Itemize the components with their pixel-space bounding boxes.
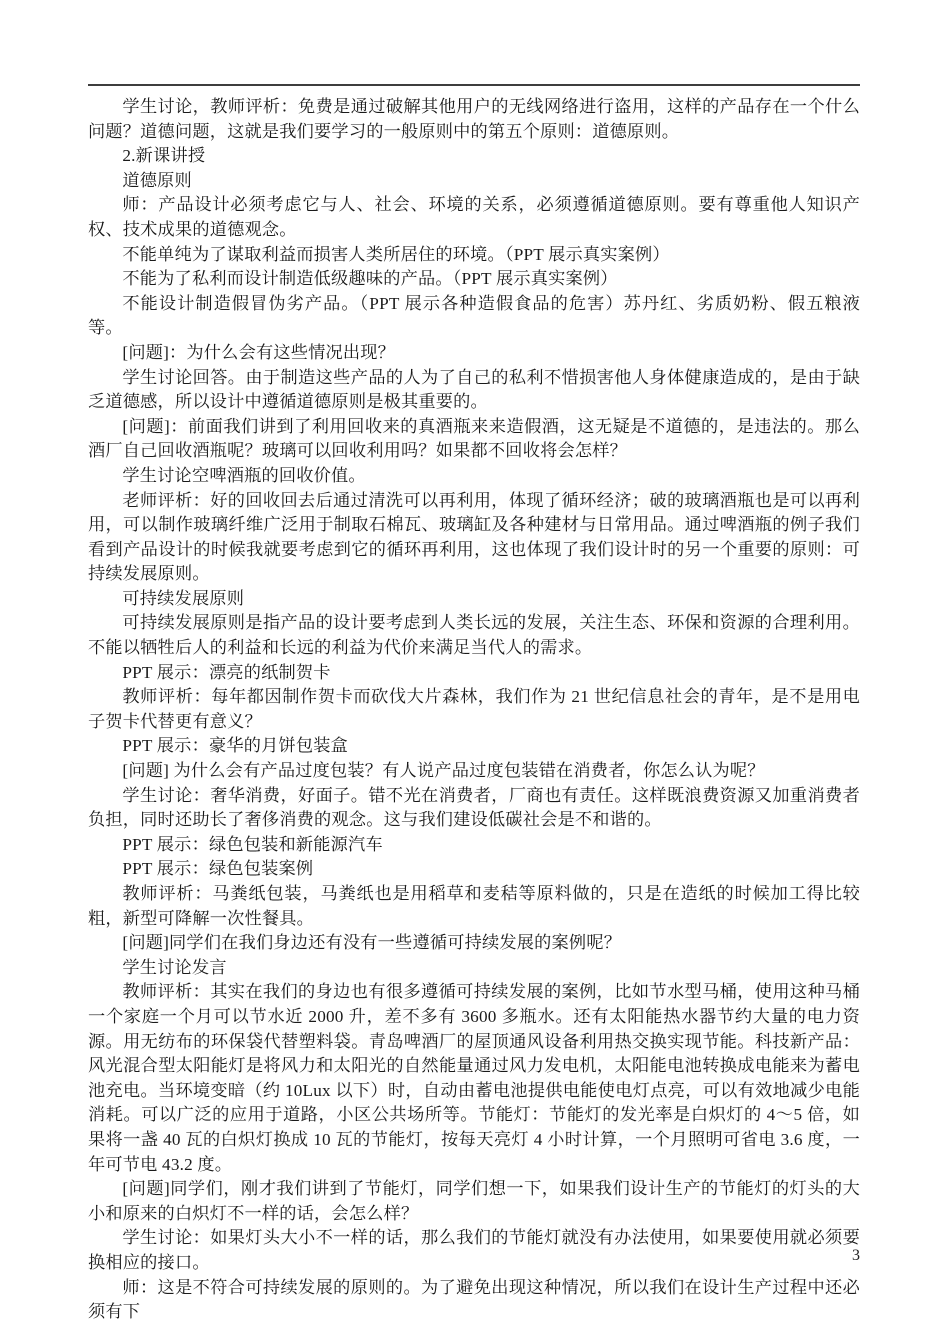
paragraph: PPT 展示：豪华的月饼包装盒 — [88, 734, 860, 759]
paragraph: 可持续发展原则是指产品的设计要考虑到人类长远的发展，关注生态、环保和资源的合理利… — [88, 611, 860, 660]
paragraph: 学生讨论：奢华消费，好面子。错不光在消费者，厂商也有责任。这样既浪费资源又加重消… — [88, 784, 860, 833]
paragraph: 教师评析：其实在我们的身边也有很多遵循可持续发展的案例，比如节水型马桶，使用这种… — [88, 980, 860, 1177]
paragraph: 教师评析：马粪纸包装，马粪纸也是用稻草和麦秸等原料做的，只是在造纸的时候加工得比… — [88, 882, 860, 931]
paragraph: [问题] 为什么会有产品过度包装？有人说产品过度包装错在消费者，你怎么认为呢？ — [88, 759, 860, 784]
paragraph: 学生讨论回答。由于制造这些产品的人为了自己的私利不惜损害他人身体健康造成的，是由… — [88, 366, 860, 415]
paragraph: 教师评析：每年都因制作贺卡而砍伐大片森林，我们作为 21 世纪信息社会的青年，是… — [88, 685, 860, 734]
paragraph: 师：产品设计必须考虑它与人、社会、环境的关系，必须遵循道德原则。要有尊重他人知识… — [88, 193, 860, 242]
page-number: 3 — [852, 1247, 860, 1264]
paragraph: 学生讨论，教师评析：免费是通过破解其他用户的无线网络进行盗用，这样的产品存在一个… — [88, 95, 860, 144]
header-rule — [88, 84, 860, 86]
paragraph: [问题]同学们，刚才我们讲到了节能灯，同学们想一下，如果我们设计生产的节能灯的灯… — [88, 1177, 860, 1226]
paragraph: PPT 展示：绿色包装案例 — [88, 857, 860, 882]
paragraph: 道德原则 — [88, 169, 860, 194]
paragraph: PPT 展示：漂亮的纸制贺卡 — [88, 661, 860, 686]
paragraph: 学生讨论发言 — [88, 956, 860, 981]
paragraph: 师：这是不符合可持续发展的原则的。为了避免出现这种情况，所以我们在设计生产过程中… — [88, 1276, 860, 1325]
paragraph: [问题]同学们在我们身边还有没有一些遵循可持续发展的案例呢？ — [88, 931, 860, 956]
paragraph: [问题]：前面我们讲到了利用回收来的真酒瓶来来造假酒，这无疑是不道德的，是违法的… — [88, 415, 860, 464]
paragraph: 2.新课讲授 — [88, 144, 860, 169]
paragraph: [问题]：为什么会有这些情况出现？ — [88, 341, 860, 366]
paragraph: 老师评析：好的回收回去后通过清洗可以再利用，体现了循环经济；破的玻璃酒瓶也是可以… — [88, 489, 860, 587]
paragraph: 学生讨论空啤酒瓶的回收价值。 — [88, 464, 860, 489]
paragraph: 不能为了私利而设计制造低级趣味的产品。（PPT 展示真实案例） — [88, 267, 860, 292]
document-page: 学生讨论，教师评析：免费是通过破解其他用户的无线网络进行盗用，这样的产品存在一个… — [0, 0, 950, 1344]
page-footer: 3 — [88, 1246, 860, 1266]
paragraph: 不能设计制造假冒伪劣产品。（PPT 展示各种造假食品的危害）苏丹红、劣质奶粉、假… — [88, 292, 860, 341]
paragraph: 不能单纯为了谋取利益而损害人类所居住的环境。（PPT 展示真实案例） — [88, 243, 860, 268]
paragraph: PPT 展示：绿色包装和新能源汽车 — [88, 833, 860, 858]
document-body: 学生讨论，教师评析：免费是通过破解其他用户的无线网络进行盗用，这样的产品存在一个… — [88, 95, 860, 1325]
paragraph: 可持续发展原则 — [88, 587, 860, 612]
